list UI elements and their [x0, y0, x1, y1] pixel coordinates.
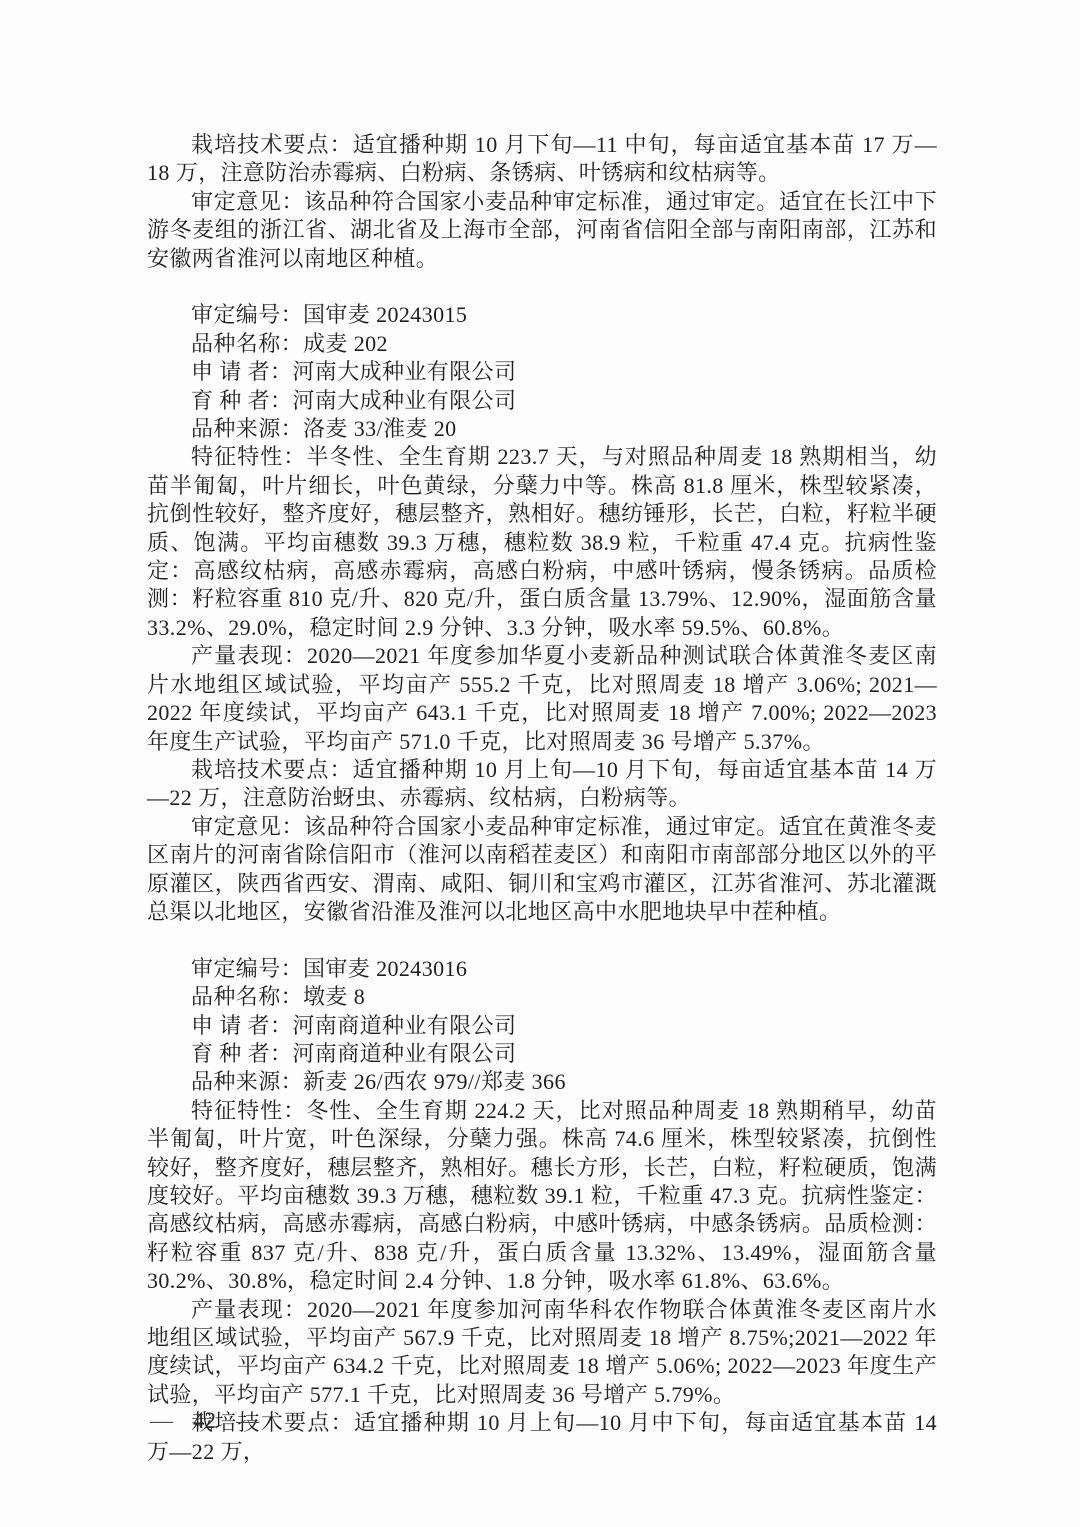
paragraph: 特征特性：半冬性、全生育期 223.7 天，与对照品种周麦 18 熟期相当，幼苗…	[147, 443, 937, 642]
field-line: 审定编号：国审麦 20243016	[147, 955, 937, 983]
paragraph: 产量表现：2020—2021 年度参加河南华科农作物联合体黄淮冬麦区南片水地组区…	[147, 1296, 937, 1410]
field-line: 申 请 者：河南大成种业有限公司	[147, 358, 937, 386]
footer-right-dash: —	[236, 1408, 259, 1434]
section-gap	[147, 273, 937, 301]
page-number: 42	[193, 1408, 216, 1434]
paragraph: 审定意见：该品种符合国家小麦品种审定标准，通过审定。适宜在黄淮冬麦区南片的河南省…	[147, 813, 937, 927]
paragraph: 栽培技术要点：适宜播种期 10 月上旬—10 月下旬，每亩适宜基本苗 14 万—…	[147, 756, 937, 813]
document-page: 栽培技术要点：适宜播种期 10 月下旬—11 中旬，每亩适宜基本苗 17 万—1…	[0, 0, 1080, 1527]
paragraph: 审定意见：该品种符合国家小麦品种审定标准，通过审定。适宜在长江中下游冬麦组的浙江…	[147, 188, 937, 273]
field-line: 品种名称：墩麦 8	[147, 983, 937, 1011]
document-body: 栽培技术要点：适宜播种期 10 月下旬—11 中旬，每亩适宜基本苗 17 万—1…	[147, 131, 937, 1466]
paragraph: 栽培技术要点：适宜播种期 10 月下旬—11 中旬，每亩适宜基本苗 17 万—1…	[147, 131, 937, 188]
field-line: 育 种 者：河南商道种业有限公司	[147, 1040, 937, 1068]
section-gap	[147, 926, 937, 954]
footer-left-dash: —	[150, 1408, 173, 1434]
paragraph: 产量表现：2020—2021 年度参加华夏小麦新品种测试联合体黄淮冬麦区南片水地…	[147, 642, 937, 756]
field-line: 审定编号：国审麦 20243015	[147, 301, 937, 329]
paragraph: 栽培技术要点：适宜播种期 10 月上旬—10 月中下旬，每亩适宜基本苗 14 万…	[147, 1409, 937, 1466]
field-line: 品种来源：新麦 26/西农 979//郑麦 366	[147, 1068, 937, 1096]
field-line: 育 种 者：河南大成种业有限公司	[147, 387, 937, 415]
field-line: 申 请 者：河南商道种业有限公司	[147, 1012, 937, 1040]
field-line: 品种名称：成麦 202	[147, 330, 937, 358]
page-footer: — 42 —	[150, 1408, 259, 1434]
paragraph: 特征特性：冬性、全生育期 224.2 天，比对照品种周麦 18 熟期稍早，幼苗半…	[147, 1097, 937, 1296]
field-line: 品种来源：洛麦 33/淮麦 20	[147, 415, 937, 443]
